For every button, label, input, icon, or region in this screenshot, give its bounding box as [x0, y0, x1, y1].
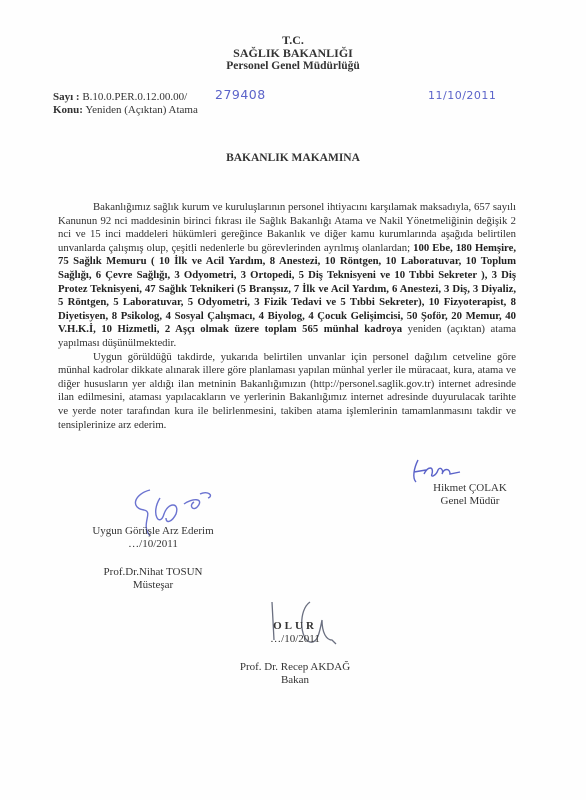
letterhead: T.C. SAĞLIK BAKANLIĞI Personel Genel Müd…	[0, 34, 586, 73]
sayi-label: Sayı :	[53, 91, 80, 103]
sayi-line: Sayı : B.10.0.PER.0.12.00.00/	[53, 91, 198, 104]
minister-title: Bakan	[210, 674, 380, 687]
general-director-title: Genel Müdür	[410, 495, 530, 508]
paragraph-1: Bakanlığımız sağlık kurum ve kuruluşları…	[58, 201, 516, 351]
konu-line: Konu: Yeniden (Açıktan) Atama	[53, 104, 198, 117]
letter-body: Bakanlığımız sağlık kurum ve kuruluşları…	[58, 201, 516, 432]
letterhead-ministry: SAĞLIK BAKANLIĞI	[0, 47, 586, 60]
general-director-name: Hikmet ÇOLAK	[410, 482, 530, 495]
sayi-value: B.10.0.PER.0.12.00.00/	[82, 91, 187, 103]
minister-approval: OLUR	[210, 620, 380, 633]
konu-value: Yeniden (Açıktan) Atama	[85, 104, 198, 116]
letterhead-department: Personel Genel Müdürlüğü	[0, 60, 586, 73]
minister-date: …/10/2011	[210, 633, 380, 646]
signature-block-undersecretary: Uygun Görüşle Arz Ederim …/10/2011 Prof.…	[68, 525, 238, 592]
undersecretary-date: …/10/2011	[68, 538, 238, 551]
document-page: T.C. SAĞLIK BAKANLIĞI Personel Genel Müd…	[0, 0, 586, 800]
undersecretary-name: Prof.Dr.Nihat TOSUN	[68, 566, 238, 579]
handwritten-reference-number: 279408	[215, 87, 266, 102]
handwritten-date: 11/10/2011	[428, 89, 496, 102]
paragraph-1-positions: 100 Ebe, 180 Hemşire, 75 Sağlık Memuru (…	[58, 242, 516, 336]
undersecretary-note: Uygun Görüşle Arz Ederim	[68, 525, 238, 538]
addressee: BAKANLIK MAKAMINA	[0, 152, 586, 164]
konu-label: Konu:	[53, 104, 83, 116]
signature-block-minister: OLUR …/10/2011 Prof. Dr. Recep AKDAĞ Bak…	[210, 620, 380, 687]
paragraph-2: Uygun görüldüğü takdirde, yukarıda belir…	[58, 351, 516, 433]
signature-block-general-director: Hikmet ÇOLAK Genel Müdür	[410, 482, 530, 508]
minister-name: Prof. Dr. Recep AKDAĞ	[210, 661, 380, 674]
document-meta: Sayı : B.10.0.PER.0.12.00.00/ Konu: Yeni…	[53, 91, 198, 117]
undersecretary-title: Müsteşar	[68, 579, 238, 592]
